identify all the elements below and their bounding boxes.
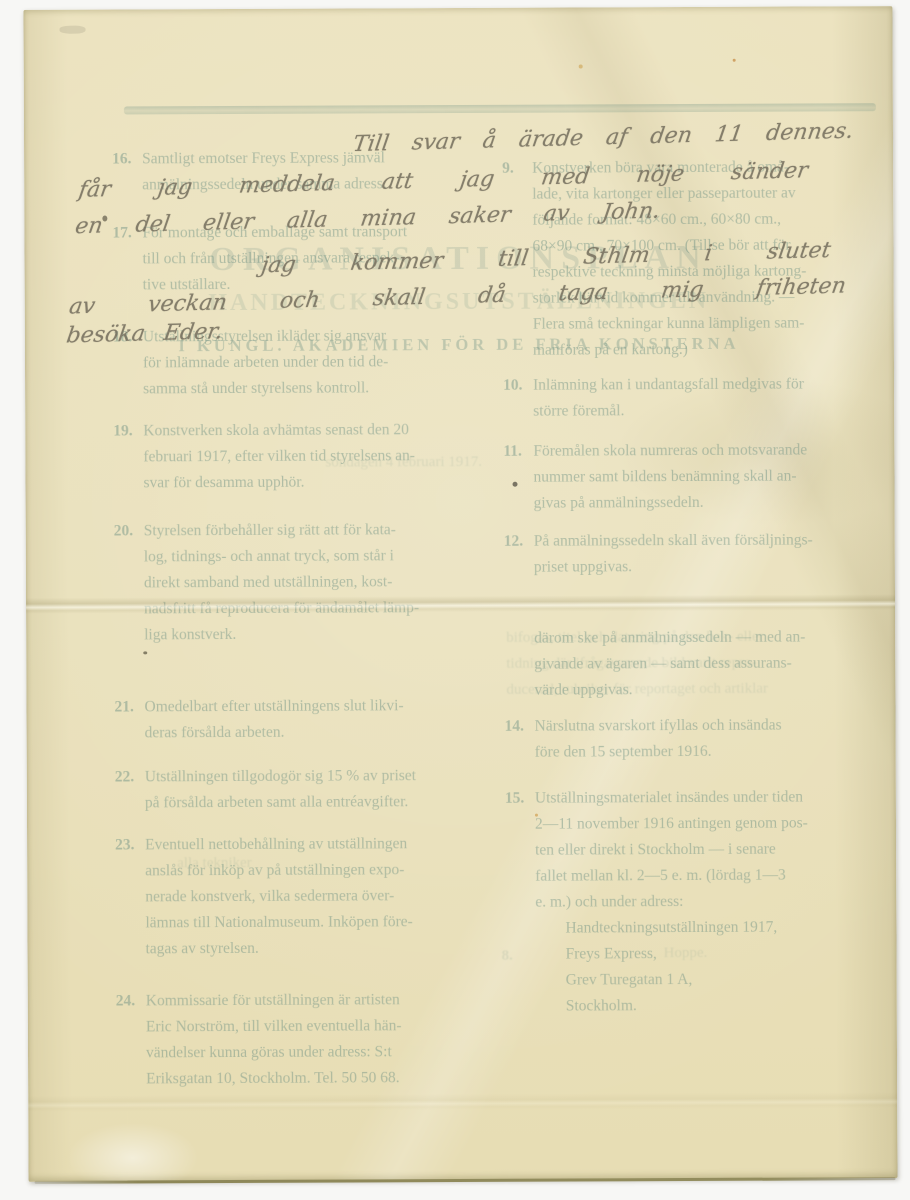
rust-speck [535,814,538,817]
ink-speck [143,651,147,654]
rust-speck [579,64,583,68]
smudge [60,26,86,34]
handwriting-line: en del eller alla mina saker av John. [73,199,661,240]
handwriting-line: får jag meddela att jag med nöje sänder [77,158,810,203]
scan-background: { "document": { "kind": "Handwritten rep… [0,0,910,1200]
handwriting-line: av veckan och skall då taga mig friheten [67,274,847,320]
paper-sheet: ORGANISATIONSPLAN HANDTECKNINGSUTSTÄLLNI… [23,6,897,1182]
ink-speck [102,216,107,222]
ink-speck [513,482,518,487]
handwriting-line: jag kommer till Sthlm i slutet [260,238,833,278]
handwriting-line: besöka Eder. [65,319,225,348]
handwritten-note: Till svar å ärade af den 11 dennes.får j… [23,6,897,1182]
handwriting-line: Till svar å ärade af den 11 dennes. [351,119,855,157]
rust-speck [733,59,736,62]
